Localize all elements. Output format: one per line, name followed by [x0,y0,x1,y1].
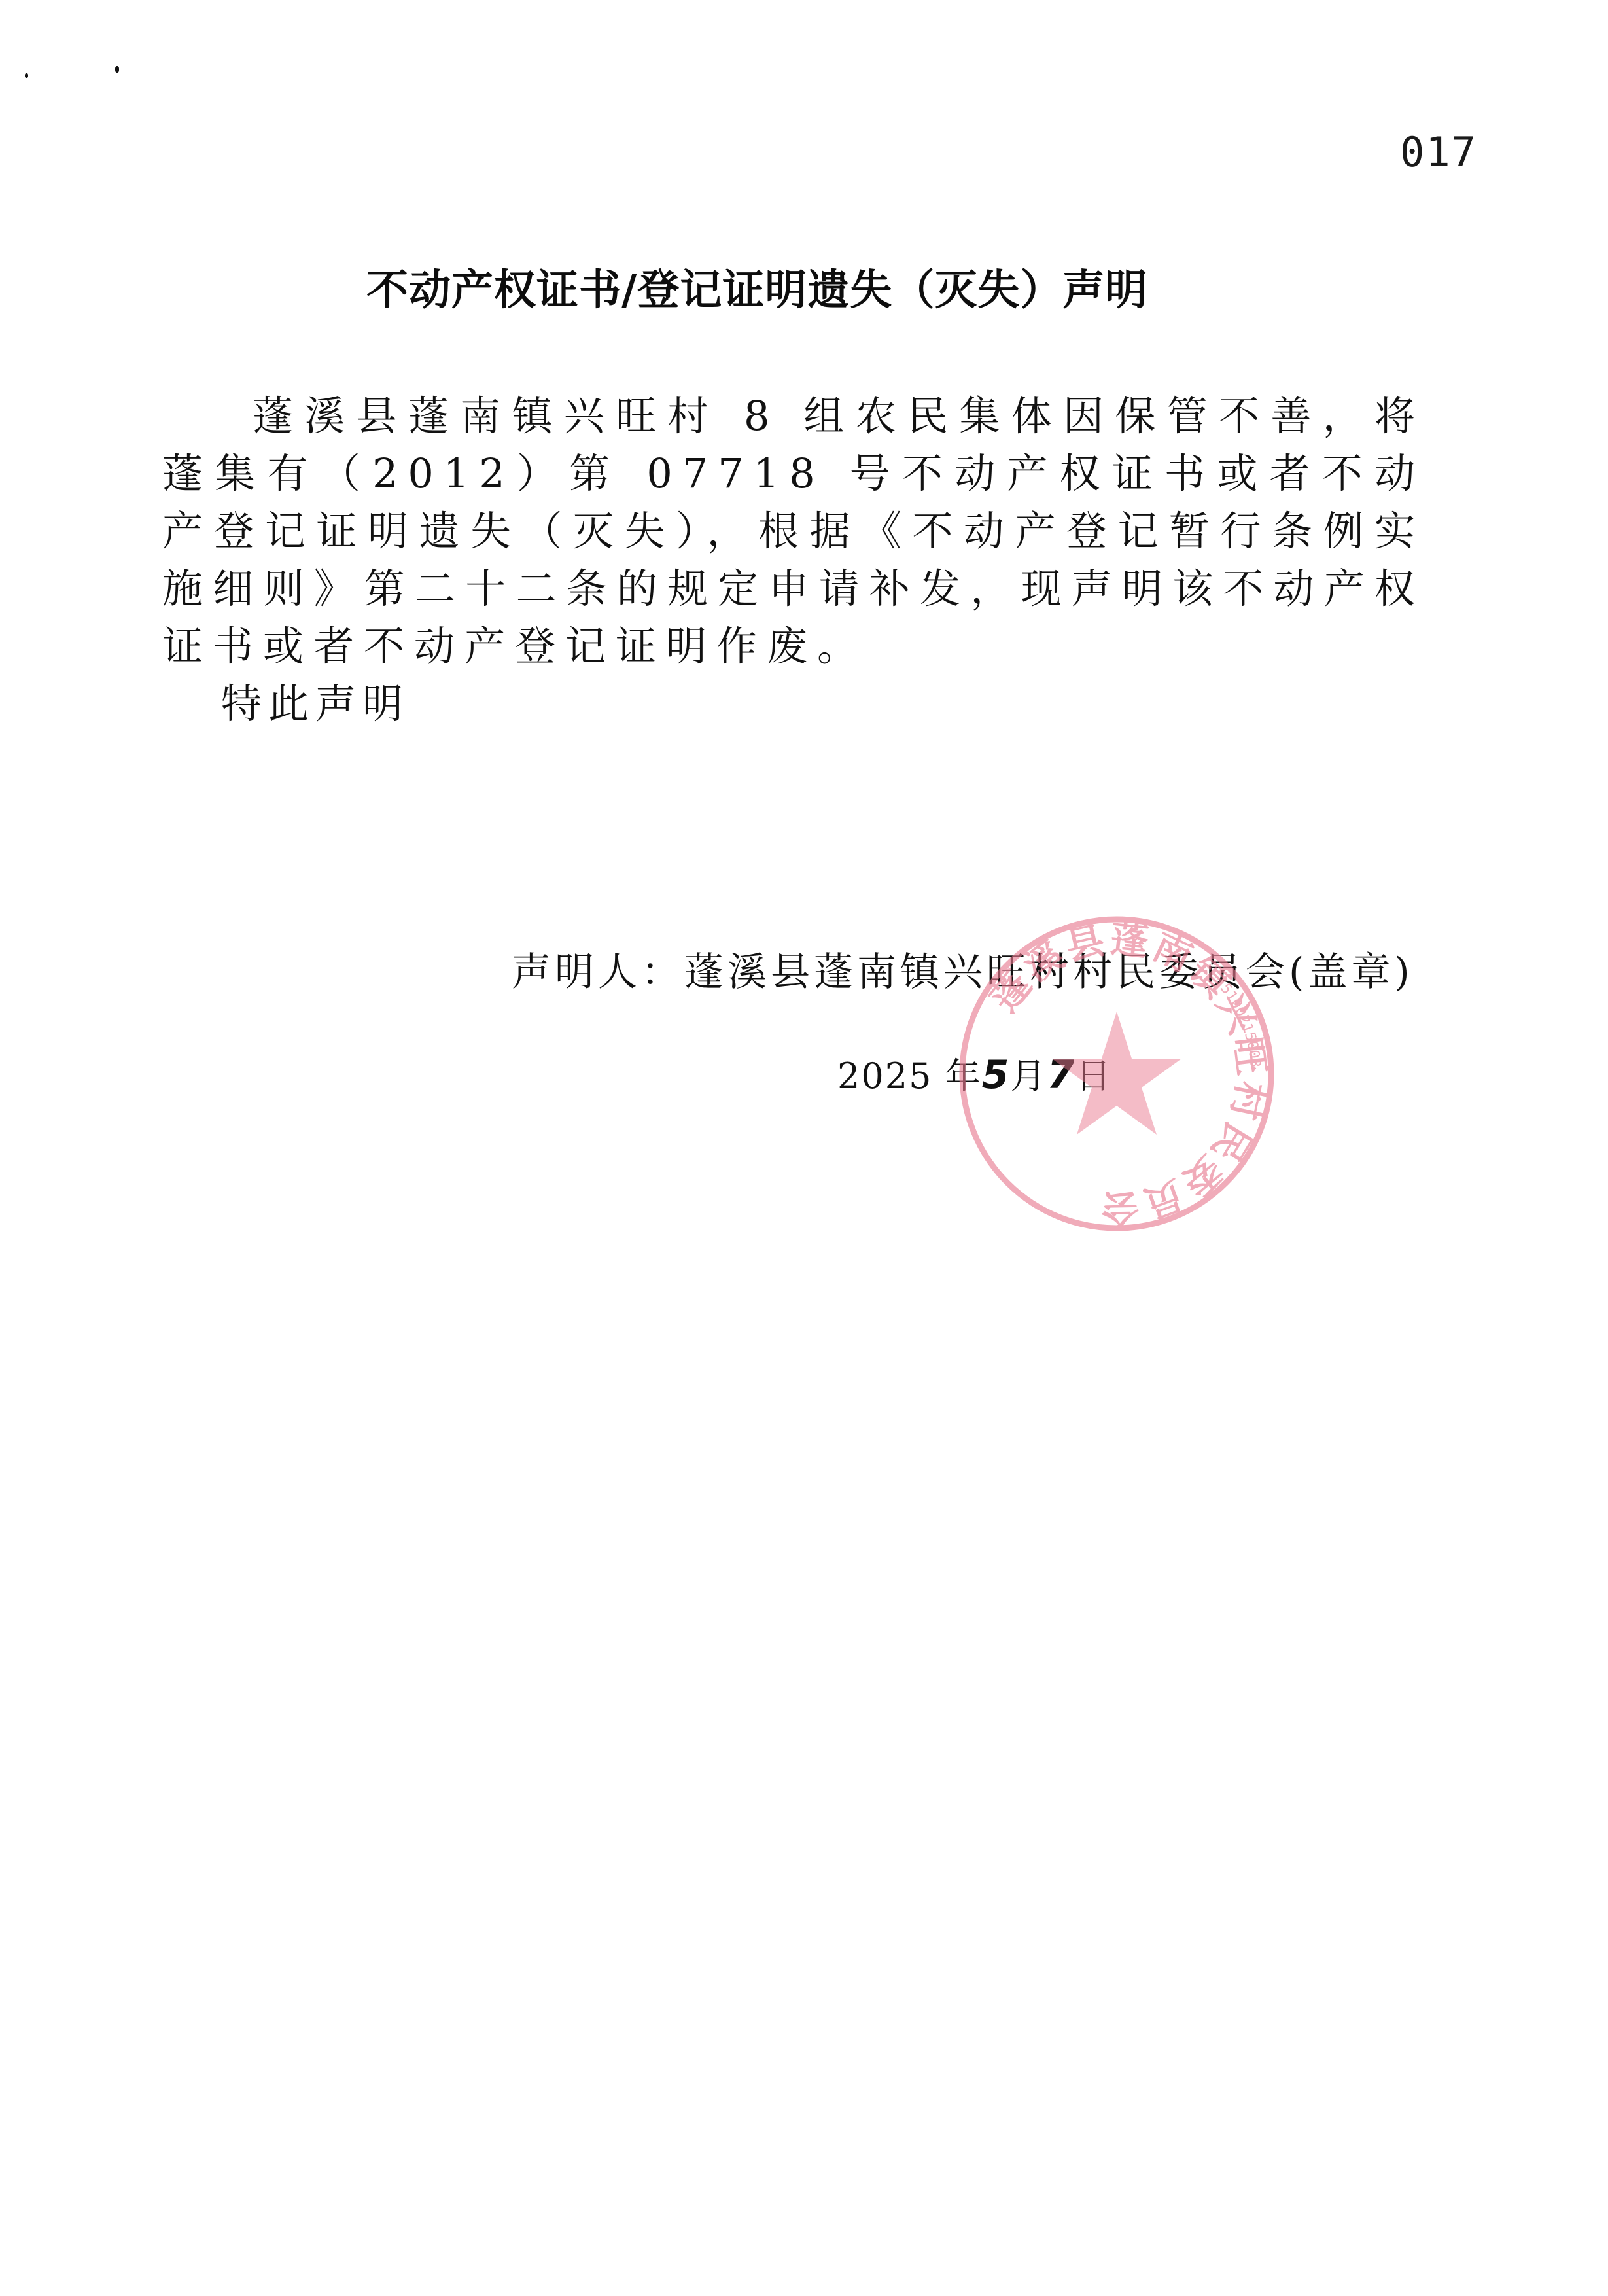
date-day-handwritten: 7 [1047,1052,1075,1098]
date-line: 2025 年5月7日 [837,1048,1112,1099]
scan-speck [25,73,28,78]
signatory-line: 声明人：蓬溪县蓬南镇兴旺村村民委员会(盖章) [512,941,1414,997]
date-year-suffix: 年 [932,1055,981,1097]
document-title: 不动产权证书/登记证明遗失（灭失）声明 [366,256,1282,317]
document-body: 蓬溪县蓬南镇兴旺村 8 组农民集体因保管不善，将蓬集有（2012）第 07718… [162,387,1425,733]
date-year: 2025 [837,1055,932,1097]
closing-statement: 特此声明 [162,675,1425,733]
scan-speck [115,66,119,73]
date-month-suffix: 月 [1010,1055,1047,1097]
page-number: 017 [1400,128,1477,176]
date-day-suffix: 日 [1075,1055,1112,1097]
body-paragraph: 蓬溪县蓬南镇兴旺村 8 组农民集体因保管不善，将蓬集有（2012）第 07718… [162,387,1425,675]
date-month-handwritten: 5 [982,1052,1011,1098]
